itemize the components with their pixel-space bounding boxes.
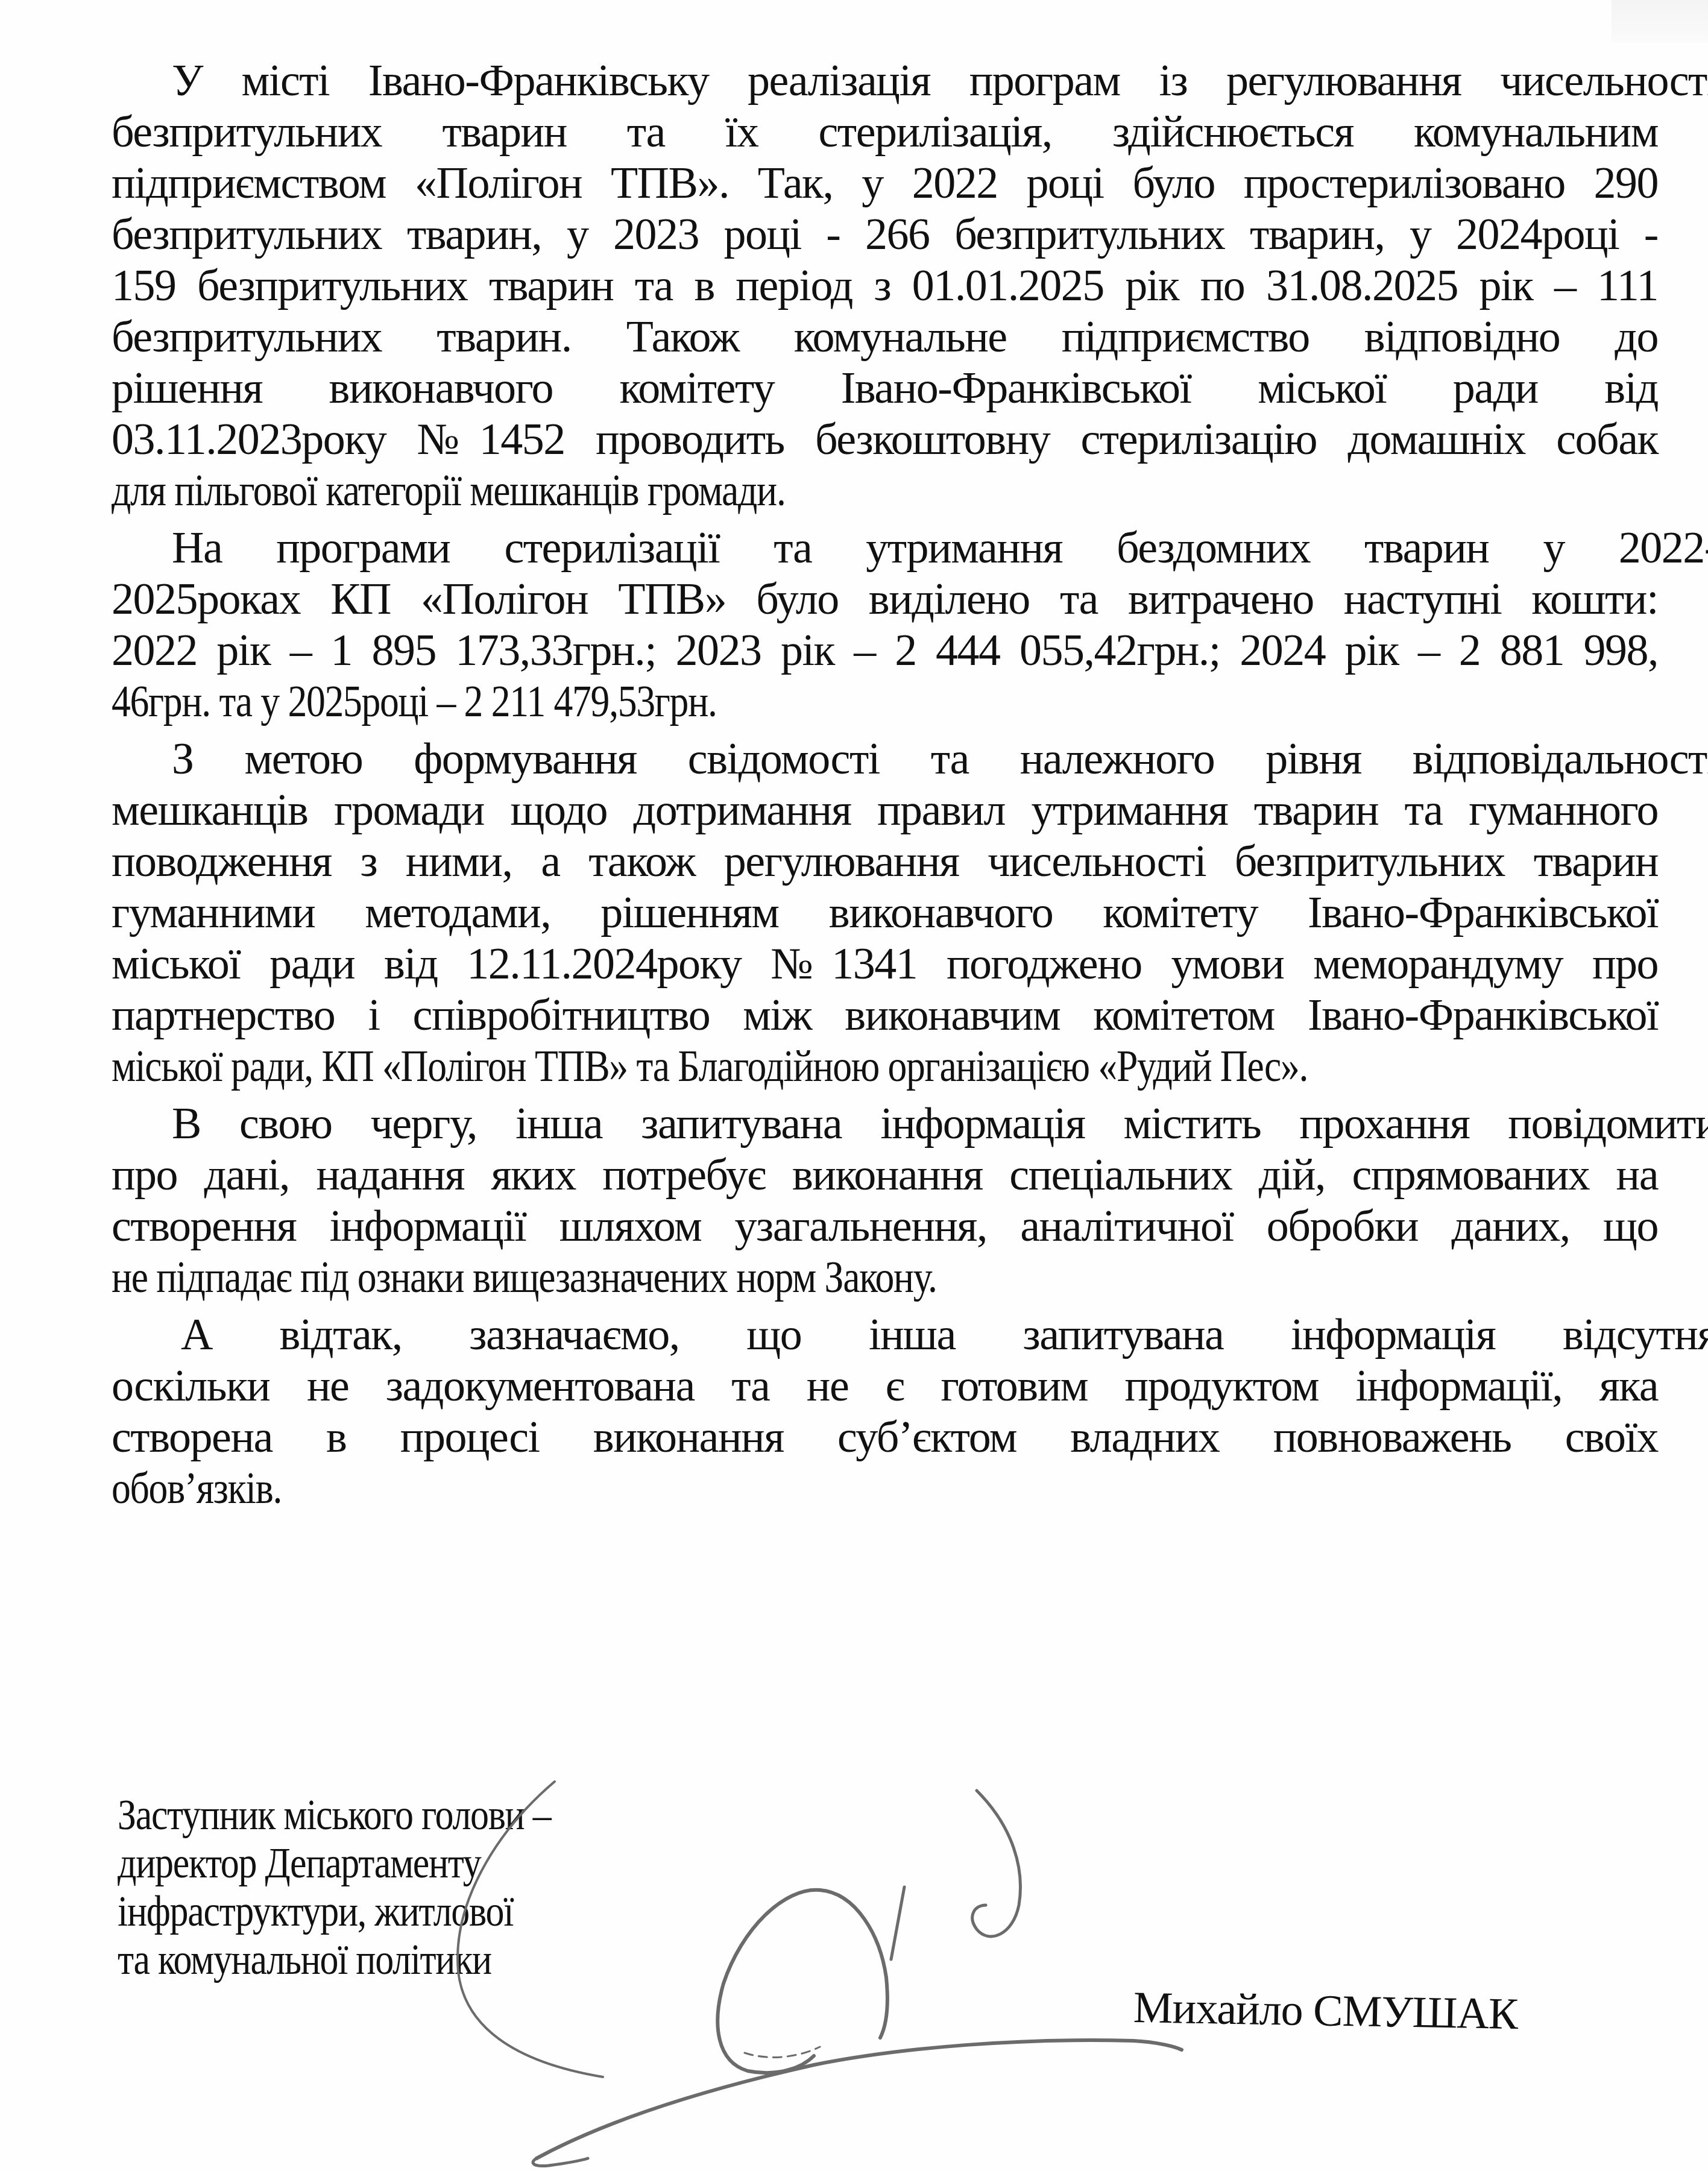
text-line: 46грн. та у 2025році – 2 211 479,53грн.: [112, 676, 1442, 728]
signatory-position: Заступник міського голови – директор Деп…: [118, 1791, 781, 1984]
text-line: гуманними методами, рішенням виконавчого…: [112, 887, 1658, 939]
position-line: та комунальної політики: [118, 1935, 688, 1984]
paragraph-sterilization-stats: У місті Івано-Франківську реалізація про…: [112, 55, 1658, 517]
scan-edge-artifact: [1612, 0, 1708, 42]
document-page: У місті Івано-Франківську реалізація про…: [0, 0, 1708, 2171]
paragraph-funding: На програми стерилізації та утримання бе…: [112, 523, 1658, 728]
text-line: 2022 рік – 1 895 173,33грн.; 2023 рік – …: [112, 625, 1658, 676]
position-line: інфраструктури, житлової: [118, 1887, 688, 1935]
text-line: рішення виконавчого комітету Івано-Франк…: [112, 363, 1658, 414]
signer-name: Михайло СМУШАК: [1133, 1984, 1518, 2038]
text-line: 2025роках КП «Полігон ТПВ» було виділено…: [112, 574, 1658, 625]
text-line: мешканців громади щодо дотримання правил…: [112, 785, 1658, 836]
letter-body: У місті Івано-Франківську реалізація про…: [112, 55, 1658, 1514]
text-line: партнерство і співробітництво між викона…: [112, 990, 1658, 1041]
position-line: директор Департаменту: [118, 1839, 688, 1887]
text-line: безпритульних тварин, у 2023 році - 266 …: [112, 209, 1658, 260]
text-line: На програми стерилізації та утримання бе…: [112, 523, 1708, 574]
text-line: В свою чергу, інша запитувана інформація…: [112, 1098, 1708, 1150]
paragraph-memorandum: З метою формування свідомості та належно…: [112, 734, 1658, 1092]
text-line: 03.11.2023року №1452 проводить безкоштов…: [112, 414, 1658, 465]
text-line: З метою формування свідомості та належно…: [112, 734, 1708, 785]
text-line: створена в процесі виконання суб’єктом в…: [112, 1412, 1658, 1463]
text-line: безпритульних тварин. Також комунальне п…: [112, 312, 1658, 363]
text-line: А відтак, зазначаємо, що інша запитувана…: [112, 1309, 1708, 1361]
position-line: Заступник міського голови –: [118, 1791, 688, 1839]
text-line: У місті Івано-Франківську реалізація про…: [112, 55, 1708, 107]
text-line: поводження з ними, а також регулювання ч…: [112, 836, 1658, 887]
text-line: про дані, надання яких потребує виконанн…: [112, 1150, 1658, 1201]
paragraph-other-info: В свою чергу, інша запитувана інформація…: [112, 1098, 1658, 1303]
text-line: міської ради, КП «Полігон ТПВ» та Благод…: [112, 1041, 1442, 1092]
text-line: створення інформації шляхом узагальнення…: [112, 1201, 1658, 1252]
text-line: безпритульних тварин та їх стерилізація,…: [112, 107, 1658, 158]
text-line: для пільгової категорії мешканців громад…: [112, 465, 1442, 517]
text-line: підприємством «Полігон ТПВ». Так, у 2022…: [112, 158, 1658, 209]
text-line: міської ради від 12.11.2024року №1341 по…: [112, 939, 1658, 990]
text-line: оскільки не задокументована та не є гото…: [112, 1361, 1658, 1412]
text-line: не підпадає під ознаки вищезазначених но…: [112, 1252, 1442, 1303]
text-line: обов’язків.: [112, 1463, 1442, 1514]
text-line: 159 безпритульних тварин та в період з 0…: [112, 260, 1658, 312]
paragraph-conclusion: А відтак, зазначаємо, що інша запитувана…: [112, 1309, 1658, 1514]
